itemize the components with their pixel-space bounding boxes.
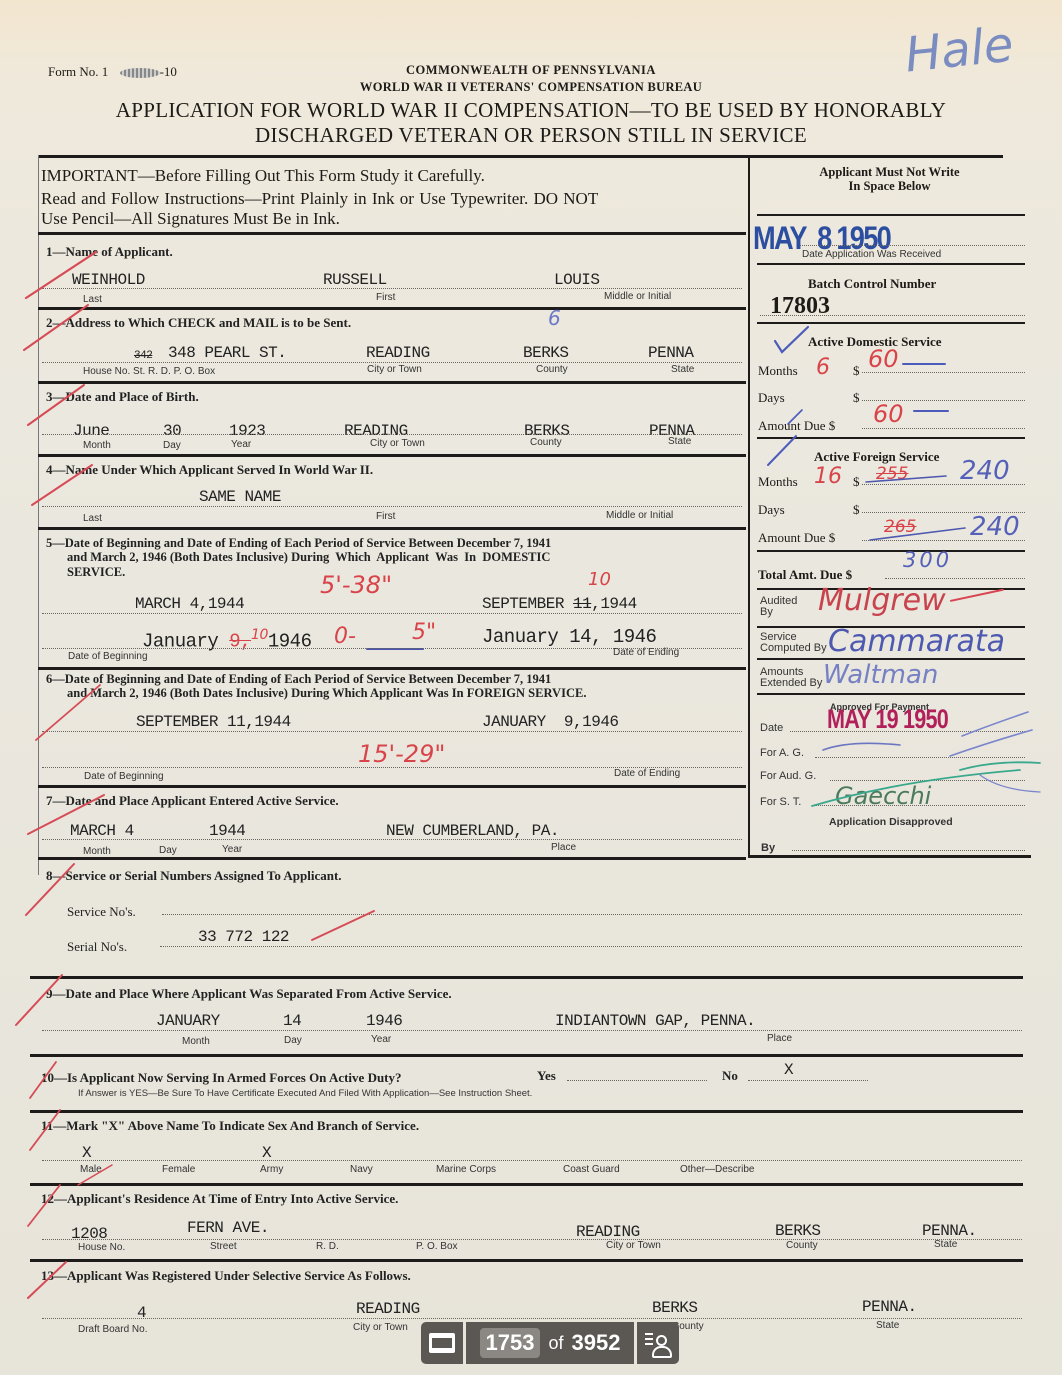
person-list-icon bbox=[645, 1330, 671, 1356]
rule bbox=[757, 693, 1025, 695]
q5-end-2: January 14, 1946 bbox=[482, 626, 656, 648]
q9-place: INDIANTOWN GAP, PENNA. bbox=[555, 1012, 755, 1030]
q1-title: 1—Name of Applicant. bbox=[46, 244, 173, 260]
domestic-amount-value: 60 bbox=[873, 400, 904, 428]
label-county: County bbox=[530, 437, 562, 448]
q7-title: 7—Date and Place Applicant Entered Activ… bbox=[46, 793, 339, 809]
red-slash bbox=[950, 589, 1004, 602]
label-middle: Middle or Initial bbox=[604, 291, 671, 302]
of-label: of bbox=[548, 1333, 563, 1354]
q5-title-1: 5—Date of Beginning and Date of Ending o… bbox=[46, 536, 551, 551]
q3-day: 30 bbox=[163, 422, 181, 440]
label-last: Last bbox=[83, 513, 102, 524]
q11-option-label: Female bbox=[162, 1164, 195, 1175]
dotted-line bbox=[42, 1160, 1022, 1161]
dotted-line bbox=[42, 362, 742, 363]
q13-county: BERKS bbox=[652, 1299, 698, 1317]
q10-no-field[interactable] bbox=[748, 1080, 868, 1081]
q9-year: 1946 bbox=[366, 1012, 402, 1030]
dotted-line bbox=[42, 1318, 1022, 1319]
q5-note-3: 5" bbox=[412, 620, 436, 645]
q6-end: JANUARY 9,1946 bbox=[482, 713, 619, 731]
q2-street: 348 PEARL ST. bbox=[168, 344, 286, 362]
dollar-sign: $ bbox=[853, 390, 860, 406]
label-city: City or Town bbox=[367, 364, 422, 375]
audited-signature: Mulgrew bbox=[818, 583, 946, 618]
q1-first-name: RUSSELL bbox=[323, 271, 387, 289]
label-year: Year bbox=[371, 1034, 391, 1045]
q9-month: JANUARY bbox=[156, 1012, 220, 1030]
q3-month: June bbox=[73, 422, 109, 440]
dotted-line bbox=[885, 578, 1025, 579]
q2-state: PENNA bbox=[648, 344, 694, 362]
label-middle: Middle or Initial bbox=[606, 510, 673, 521]
dotted-line bbox=[42, 506, 742, 507]
q11-option-label: Male bbox=[80, 1164, 102, 1175]
office-heading-1: Applicant Must Not Write bbox=[752, 165, 1027, 179]
form-title-line2: DISCHARGED VETERAN OR PERSON STILL IN SE… bbox=[0, 123, 1062, 148]
total-pages: 3952 bbox=[572, 1330, 621, 1356]
dotted-line bbox=[815, 805, 1025, 806]
domestic-months-label: Months bbox=[758, 363, 798, 379]
label-state: State bbox=[876, 1320, 899, 1331]
q3-title: 3—Date and Place of Birth. bbox=[46, 389, 199, 405]
q8-serial-value: 33 772 122 bbox=[198, 928, 289, 946]
label-city: City or Town bbox=[606, 1240, 661, 1251]
q11-option-label: Coast Guard bbox=[563, 1164, 620, 1175]
dotted-line bbox=[862, 372, 1025, 373]
q2-title: 2—Address to Which CHECK and MAIL is to … bbox=[46, 315, 351, 331]
foreign-months-amount-struck: 255 bbox=[876, 464, 908, 484]
dotted-line bbox=[42, 1030, 1022, 1031]
by-label: By bbox=[761, 842, 775, 854]
begin-year: 1946 bbox=[268, 630, 312, 652]
filmstrip-button[interactable] bbox=[421, 1322, 463, 1364]
end-month: SEPTEMBER bbox=[482, 595, 573, 613]
total-amount-label: Total Amt. Due $ bbox=[758, 567, 852, 583]
q5-end-1: SEPTEMBER 11,1944 bbox=[482, 595, 637, 613]
ag-label: For A. G. bbox=[760, 747, 804, 759]
q6-title-2: and March 2, 1946 (Both Dates Inclusive)… bbox=[67, 686, 586, 701]
label-day: Day bbox=[163, 440, 181, 451]
q13-board: 4 bbox=[137, 1304, 146, 1322]
q2-city: READING bbox=[366, 344, 430, 362]
label-house: House No. bbox=[78, 1242, 125, 1253]
office-heading-2: In Space Below bbox=[752, 179, 1027, 193]
q5-begin-1: MARCH 4,1944 bbox=[135, 595, 244, 613]
label-county: County bbox=[786, 1240, 818, 1251]
rule bbox=[30, 1183, 1023, 1186]
q10-no-mark: X bbox=[784, 1061, 793, 1079]
label-ending: Date of Ending bbox=[614, 768, 680, 779]
label-beginning: Date of Beginning bbox=[84, 771, 164, 782]
dollar-sign: $ bbox=[853, 363, 860, 379]
q11-title: 11—Mark "X" Above Name To Indicate Sex A… bbox=[41, 1118, 419, 1134]
dotted-line bbox=[42, 288, 742, 289]
struck-day: 11 bbox=[573, 595, 591, 613]
dotted-line bbox=[42, 731, 742, 732]
q1-middle-name: LOUIS bbox=[554, 271, 600, 289]
rule bbox=[757, 437, 1025, 439]
foreign-months-value: 16 bbox=[814, 464, 842, 489]
index-people-button[interactable] bbox=[637, 1322, 679, 1364]
domestic-amount-label: Amount Due $ bbox=[758, 418, 835, 434]
dotted-line bbox=[42, 613, 742, 614]
rule bbox=[30, 1259, 1023, 1262]
q10-note: If Answer is YES—Be Sure To Have Certifi… bbox=[78, 1088, 532, 1099]
q5-title-3: SERVICE. bbox=[67, 565, 125, 580]
rule bbox=[38, 527, 746, 530]
q6-begin: SEPTEMBER 11,1944 bbox=[136, 713, 291, 731]
q4-title: 4—Name Under Which Applicant Served In W… bbox=[46, 462, 373, 478]
blue-dash bbox=[913, 410, 949, 412]
begin-month: January bbox=[142, 630, 229, 652]
aud-label: For Aud. G. bbox=[760, 770, 816, 782]
label-street: Street bbox=[210, 1241, 237, 1252]
q13-title: 13—Applicant Was Registered Under Select… bbox=[41, 1268, 411, 1284]
form-title-line1: APPLICATION FOR WORLD WAR II COMPENSATIO… bbox=[0, 98, 1062, 123]
q2-handnote: 6 bbox=[548, 306, 561, 330]
dotted-line bbox=[790, 731, 1025, 732]
rule bbox=[30, 1054, 1023, 1057]
q8-serial-label: Serial No's. bbox=[67, 939, 127, 955]
foreign-amount-struck: 265 bbox=[884, 517, 916, 537]
date-label: Date bbox=[760, 722, 783, 734]
q11-option-label: Navy bbox=[350, 1164, 373, 1175]
disapproved-label: Application Disapproved bbox=[829, 816, 953, 828]
office-heading: Applicant Must Not Write In Space Below bbox=[752, 165, 1027, 193]
office-divider bbox=[748, 155, 750, 857]
rule bbox=[38, 667, 746, 670]
q5-note-period1: 5'-38" bbox=[320, 571, 392, 599]
label-day: Day bbox=[159, 845, 177, 856]
dotted-line bbox=[862, 428, 1025, 429]
handwritten-name: Hale bbox=[902, 16, 1016, 83]
received-label: Date Application Was Received bbox=[802, 249, 941, 260]
label-city: City or Town bbox=[370, 438, 425, 449]
dotted-line bbox=[42, 434, 742, 435]
rule bbox=[38, 381, 746, 384]
dotted-line bbox=[42, 1239, 1022, 1240]
dotted-line bbox=[800, 245, 1025, 246]
rule bbox=[38, 232, 746, 235]
extended-signature: Waltman bbox=[823, 660, 938, 690]
page-counter: 1753 of 3952 bbox=[466, 1322, 634, 1364]
dotted-line bbox=[862, 540, 1025, 541]
q4-served-name: SAME NAME bbox=[199, 488, 281, 506]
q12-house: 1208 bbox=[71, 1225, 107, 1243]
office-bottom-rule bbox=[748, 855, 1031, 858]
instruction-pencil: Use Pencil—All Signatures Must Be in Ink… bbox=[41, 209, 340, 229]
q5-note-2: 0- bbox=[334, 624, 356, 649]
dotted-line bbox=[862, 484, 1025, 485]
end-year: ,1944 bbox=[591, 595, 637, 613]
label-place: Place bbox=[551, 842, 576, 853]
audited-label: Audited By bbox=[760, 596, 810, 618]
rule bbox=[38, 857, 746, 860]
header-line2: WORLD WAR II VETERANS' COMPENSATION BURE… bbox=[0, 80, 1062, 95]
computed-signature: Cammarata bbox=[828, 624, 1005, 659]
q7-place: NEW CUMBERLAND, PA. bbox=[386, 822, 559, 840]
q11-option-label: Marine Corps bbox=[436, 1164, 496, 1175]
label-year: Year bbox=[222, 844, 242, 855]
q11-option-label: Other—Describe bbox=[680, 1164, 754, 1175]
q2-struck-number: 342 bbox=[134, 350, 152, 362]
q11-option-mark[interactable]: X bbox=[262, 1144, 271, 1162]
dotted-line bbox=[792, 850, 1025, 851]
instruction-read: Read and Follow Instructions—Print Plain… bbox=[41, 189, 598, 209]
rule bbox=[757, 263, 1025, 265]
label-place: Place bbox=[767, 1033, 792, 1044]
q7-year: 1944 bbox=[209, 822, 245, 840]
foreign-amount-label: Amount Due $ bbox=[758, 530, 835, 546]
blue-dash bbox=[902, 363, 946, 365]
q6-title-1: 6—Date of Beginning and Date of Ending o… bbox=[46, 672, 551, 687]
header-line1: COMMONWEALTH OF PENNSYLVANIA bbox=[0, 63, 1062, 78]
rule bbox=[30, 976, 1023, 979]
label-rd: R. D. bbox=[316, 1241, 339, 1252]
domestic-months-value: 6 bbox=[816, 355, 830, 380]
label-city: City or Town bbox=[353, 1322, 408, 1333]
label-month: Month bbox=[182, 1036, 210, 1047]
q3-year: 1923 bbox=[229, 422, 265, 440]
rule bbox=[757, 550, 1025, 552]
domestic-months-amount: 60 bbox=[868, 345, 899, 373]
q11-option-mark[interactable]: X bbox=[82, 1144, 91, 1162]
q12-street: FERN AVE. bbox=[187, 1219, 269, 1237]
struck-day: 9, bbox=[229, 630, 251, 652]
domestic-days-label: Days bbox=[758, 390, 785, 406]
q6-note: 15'-29" bbox=[358, 740, 445, 768]
st-label: For S. T. bbox=[760, 796, 801, 808]
service-numbers-line bbox=[162, 914, 1022, 915]
q9-title: 9—Date and Place Where Applicant Was Sep… bbox=[46, 986, 452, 1002]
foreign-days-label: Days bbox=[758, 502, 785, 518]
left-border bbox=[38, 155, 39, 875]
label-board: Draft Board No. bbox=[78, 1324, 147, 1335]
q2-county: BERKS bbox=[523, 344, 569, 362]
top-rule bbox=[38, 155, 1003, 158]
instruction-important: IMPORTANT—Before Filling Out This Form S… bbox=[41, 166, 485, 186]
q10-yes-field[interactable] bbox=[567, 1080, 707, 1081]
dotted-line bbox=[815, 757, 1025, 758]
label-house: House No. St. R. D. P. O. Box bbox=[83, 366, 215, 377]
label-month: Month bbox=[83, 846, 111, 857]
label-day: Day bbox=[284, 1035, 302, 1046]
total-amount-value: 300 bbox=[903, 548, 952, 572]
q11-option-label: Army bbox=[260, 1164, 283, 1175]
q7-month-day: MARCH 4 bbox=[70, 822, 134, 840]
q5-title-2: and March 2, 1946 (Both Dates Inclusive)… bbox=[67, 550, 550, 565]
label-year: Year bbox=[231, 439, 251, 450]
foreign-amount-value: 240 bbox=[970, 512, 1020, 542]
q8-title: 8—Service or Serial Numbers Assigned To … bbox=[46, 868, 342, 884]
q10-title: 10—Is Applicant Now Serving In Armed For… bbox=[41, 1070, 402, 1086]
q12-county: BERKS bbox=[775, 1222, 821, 1240]
q12-state: PENNA. bbox=[922, 1222, 977, 1240]
label-pobox: P. O. Box bbox=[416, 1241, 458, 1252]
rule bbox=[38, 785, 746, 788]
label-state: State bbox=[671, 364, 694, 375]
rule bbox=[757, 322, 1025, 324]
filmstrip-icon bbox=[429, 1333, 455, 1353]
q5-end-correction: 10 bbox=[588, 569, 611, 590]
corrected-day: 10 bbox=[251, 627, 268, 643]
label-state: State bbox=[668, 436, 691, 447]
q13-city: READING bbox=[356, 1300, 420, 1318]
foreign-months-amount: 240 bbox=[960, 456, 1010, 486]
dollar-sign: $ bbox=[853, 502, 860, 518]
label-first: First bbox=[376, 511, 395, 522]
label-state: State bbox=[934, 1239, 957, 1250]
q10-no-label: No bbox=[722, 1068, 738, 1084]
label-month: Month bbox=[83, 440, 111, 451]
label-county: County bbox=[536, 364, 568, 375]
current-page-input[interactable]: 1753 bbox=[480, 1328, 541, 1358]
q12-title: 12—Applicant's Residence At Time of Entr… bbox=[41, 1191, 398, 1207]
label-ending: Date of Ending bbox=[613, 647, 679, 658]
dotted-line bbox=[760, 315, 1025, 316]
dotted-line bbox=[42, 839, 742, 840]
rule bbox=[38, 307, 746, 310]
rule bbox=[38, 454, 746, 457]
batch-label: Batch Control Number bbox=[808, 276, 936, 292]
label-last: Last bbox=[83, 294, 102, 305]
label-beginning: Date of Beginning bbox=[68, 651, 148, 662]
serial-numbers-line bbox=[160, 946, 1022, 947]
rule bbox=[30, 1110, 1023, 1113]
q9-day: 14 bbox=[283, 1012, 301, 1030]
foreign-months-label: Months bbox=[758, 474, 798, 490]
q13-state: PENNA. bbox=[862, 1298, 917, 1316]
q8-service-label: Service No's. bbox=[67, 904, 136, 920]
dollar-sign: $ bbox=[853, 474, 860, 490]
dotted-line bbox=[830, 780, 1025, 781]
label-first: First bbox=[376, 292, 395, 303]
q1-last-name: WEINHOLD bbox=[72, 271, 145, 289]
q10-yes-label: Yes bbox=[537, 1068, 556, 1084]
foreign-title: Active Foreign Service bbox=[814, 449, 939, 465]
rule bbox=[757, 214, 1025, 216]
